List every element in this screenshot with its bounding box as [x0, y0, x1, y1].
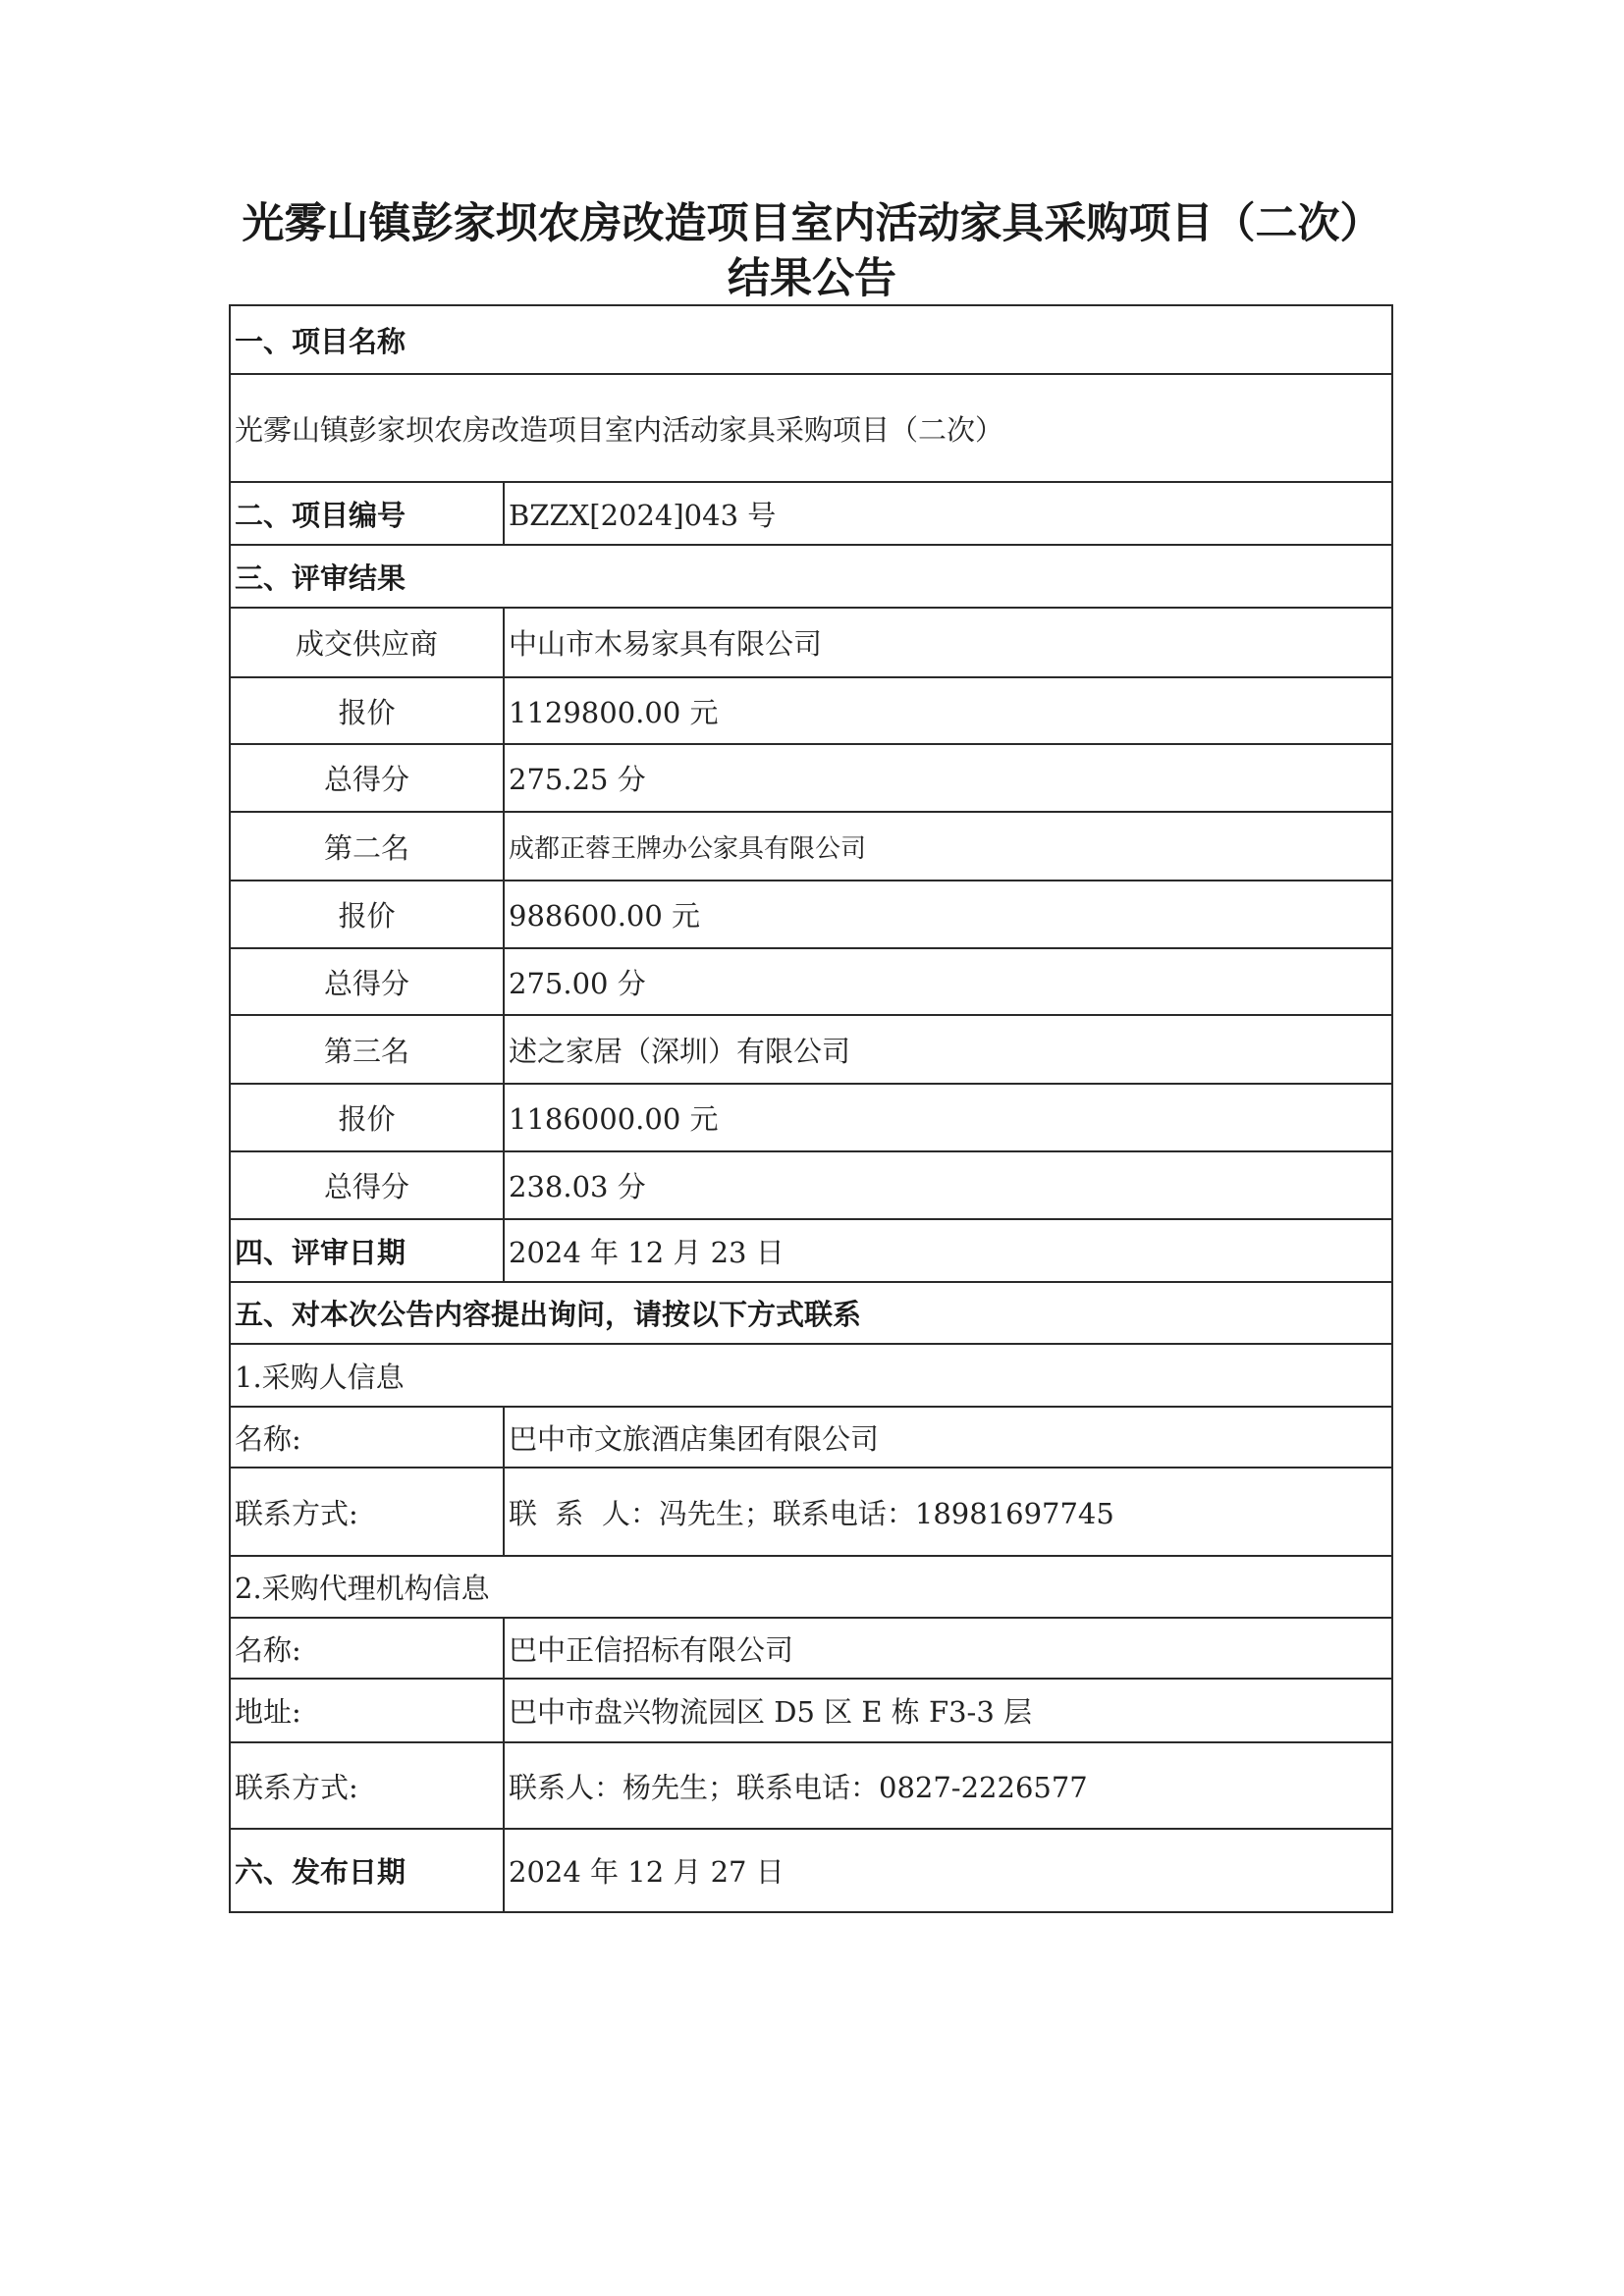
- purchaser-name-label: 名称:: [231, 1408, 505, 1467]
- agency-name-row: 名称: 巴中正信招标有限公司: [231, 1617, 1391, 1678]
- purchaser-name-row: 名称: 巴中市文旅酒店集团有限公司: [231, 1406, 1391, 1467]
- agency-contact-value: 联系人：杨先生；联系电话：0827-2226577: [505, 1743, 1391, 1828]
- project-number-row: 二、项目编号 BZZX[2024]043 号: [231, 481, 1391, 544]
- section-review-result-heading-row: 三、评审结果: [231, 544, 1391, 607]
- subsection-heading: 1.采购人信息: [231, 1345, 1391, 1406]
- result-row: 成交供应商 中山市木易家具有限公司: [231, 607, 1391, 676]
- purchaser-contact-value: 联 系 人：冯先生；联系电话：18981697745: [505, 1468, 1391, 1555]
- document-title-line2: 结果公告: [0, 251, 1624, 306]
- section-contact-heading-row: 五、对本次公告内容提出询问，请按以下方式联系: [231, 1281, 1391, 1343]
- agency-contact-row: 联系方式: 联系人：杨先生；联系电话：0827-2226577: [231, 1741, 1391, 1828]
- result-row: 总得分 238.03 分: [231, 1150, 1391, 1218]
- result-value: 述之家居（深圳）有限公司: [505, 1016, 1391, 1083]
- subsection-heading: 2.采购代理机构信息: [231, 1557, 1391, 1617]
- purchaser-heading-row: 1.采购人信息: [231, 1343, 1391, 1406]
- result-row: 第二名 成都正蓉王牌办公家具有限公司: [231, 811, 1391, 880]
- document-title-line1: 光雾山镇彭家坝农房改造项目室内活动家具采购项目（二次）: [0, 196, 1624, 251]
- result-label: 总得分: [231, 1152, 505, 1218]
- agency-address-label: 地址:: [231, 1680, 505, 1741]
- section-heading: 五、对本次公告内容提出询问，请按以下方式联系: [231, 1283, 1391, 1343]
- purchaser-contact-row: 联系方式: 联 系 人：冯先生；联系电话：18981697745: [231, 1467, 1391, 1555]
- result-label: 总得分: [231, 745, 505, 811]
- publish-date-value: 2024 年 12 月 27 日: [505, 1830, 1391, 1911]
- result-label: 报价: [231, 881, 505, 947]
- publish-date-row: 六、发布日期 2024 年 12 月 27 日: [231, 1828, 1391, 1911]
- result-row: 报价 988600.00 元: [231, 880, 1391, 947]
- result-row: 报价 1129800.00 元: [231, 676, 1391, 743]
- announcement-table: 一、项目名称 光雾山镇彭家坝农房改造项目室内活动家具采购项目（二次） 二、项目编…: [229, 304, 1393, 1913]
- result-value: 275.25 分: [505, 745, 1391, 811]
- review-date-value: 2024 年 12 月 23 日: [505, 1220, 1391, 1281]
- purchaser-contact-label: 联系方式:: [231, 1468, 505, 1555]
- result-value: 中山市木易家具有限公司: [505, 609, 1391, 676]
- agency-name-label: 名称:: [231, 1619, 505, 1678]
- result-label: 报价: [231, 678, 505, 743]
- agency-heading-row: 2.采购代理机构信息: [231, 1555, 1391, 1617]
- project-name-row: 光雾山镇彭家坝农房改造项目室内活动家具采购项目（二次）: [231, 373, 1391, 481]
- result-value: 1129800.00 元: [505, 678, 1391, 743]
- result-label: 报价: [231, 1085, 505, 1150]
- section-heading: 二、项目编号: [231, 483, 505, 544]
- result-label: 成交供应商: [231, 609, 505, 676]
- result-row: 总得分 275.25 分: [231, 743, 1391, 811]
- result-value: 238.03 分: [505, 1152, 1391, 1218]
- review-date-row: 四、评审日期 2024 年 12 月 23 日: [231, 1218, 1391, 1281]
- agency-address-row: 地址: 巴中市盘兴物流园区 D5 区 E 栋 F3-3 层: [231, 1678, 1391, 1741]
- purchaser-name-value: 巴中市文旅酒店集团有限公司: [505, 1408, 1391, 1467]
- result-label: 第三名: [231, 1016, 505, 1083]
- result-label: 总得分: [231, 949, 505, 1014]
- result-value: 1186000.00 元: [505, 1085, 1391, 1150]
- agency-contact-label: 联系方式:: [231, 1743, 505, 1828]
- result-row: 报价 1186000.00 元: [231, 1083, 1391, 1150]
- result-value: 275.00 分: [505, 949, 1391, 1014]
- agency-name-value: 巴中正信招标有限公司: [505, 1619, 1391, 1678]
- project-name-value: 光雾山镇彭家坝农房改造项目室内活动家具采购项目（二次）: [231, 375, 1391, 481]
- result-row: 总得分 275.00 分: [231, 947, 1391, 1014]
- result-row: 第三名 述之家居（深圳）有限公司: [231, 1014, 1391, 1083]
- agency-address-value: 巴中市盘兴物流园区 D5 区 E 栋 F3-3 层: [505, 1680, 1391, 1741]
- section-heading: 四、评审日期: [231, 1220, 505, 1281]
- result-label: 第二名: [231, 813, 505, 880]
- result-value: 988600.00 元: [505, 881, 1391, 947]
- section-heading: 六、发布日期: [231, 1830, 505, 1911]
- project-number-value: BZZX[2024]043 号: [505, 483, 1391, 544]
- section-project-name-heading-row: 一、项目名称: [231, 306, 1391, 373]
- section-heading: 三、评审结果: [231, 546, 1391, 607]
- section-heading: 一、项目名称: [231, 306, 1391, 373]
- result-value: 成都正蓉王牌办公家具有限公司: [505, 813, 1391, 880]
